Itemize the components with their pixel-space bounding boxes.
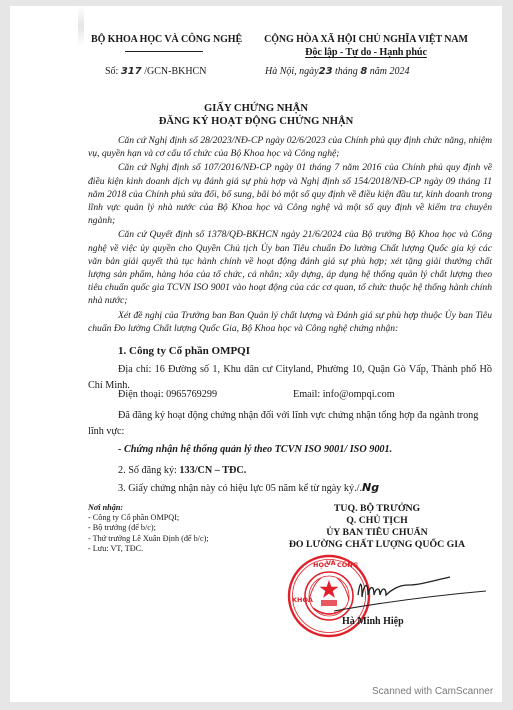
preamble-paragraph: Căn cứ Nghị định số 107/2016/NĐ-CP ngày …	[88, 161, 492, 227]
preamble: Căn cứ Nghị định số 28/2023/NĐ-CP ngày 0…	[88, 134, 492, 336]
validity-text: 3. Giấy chứng nhận này có hiệu lực 05 nă…	[118, 483, 362, 494]
date-prefix: Hà Nội, ngày	[265, 66, 319, 77]
national-motto: Độc lập - Tự do - Hạnh phúc	[246, 47, 486, 58]
paper-crease	[78, 6, 84, 46]
scanner-watermark: Scanned with CamScanner	[372, 686, 493, 697]
company-email: Email: info@ompqi.com	[293, 389, 395, 400]
registration-text: Đã đăng ký hoạt động chứng nhận đối với …	[88, 408, 492, 440]
signer-name: Hà Minh Hiệp	[342, 616, 404, 627]
signature-block: TUQ. BỘ TRƯỞNG Q. CHỦ TỊCH ỦY BAN TIÊU C…	[272, 503, 482, 551]
recipient-item: - Lưu: VT, TĐC.	[88, 544, 288, 554]
signature-title-1: TUQ. BỘ TRƯỞNG	[272, 503, 482, 515]
title-line-2: ĐĂNG KÝ HOẠT ĐỘNG CHỨNG NHẬN	[10, 115, 502, 128]
recipient-item: - Thứ trưởng Lê Xuân Định (để b/c);	[88, 534, 288, 544]
number-prefix: Số:	[105, 66, 121, 77]
recipient-item: - Công ty Cổ phần OMPQI;	[88, 513, 288, 523]
handwritten-signature	[328, 571, 488, 621]
country-name: CỘNG HÒA XÃ HỘI CHỦ NGHĨA VIỆT NAM	[246, 34, 486, 45]
signature-title-2: Q. CHỦ TỊCH	[272, 515, 482, 527]
certification-scope: - Chứng nhận hệ thống quản lý theo TCVN …	[118, 444, 392, 455]
date-day: 23	[319, 66, 333, 77]
company-name: 1. Công ty Cổ phần OMPQI	[118, 345, 250, 357]
recipient-item: - Bộ trưởng (để b/c);	[88, 523, 288, 533]
handwritten-initials: Ng	[362, 481, 379, 494]
preamble-paragraph: Căn cứ Quyết định số 1378/QĐ-BKHCN ngày …	[88, 228, 492, 307]
preamble-paragraph: Căn cứ Nghị định số 28/2023/NĐ-CP ngày 0…	[88, 134, 492, 160]
document-title: GIẤY CHỨNG NHẬN ĐĂNG KÝ HOẠT ĐỘNG CHỨNG …	[10, 102, 502, 128]
recipients-block: Nơi nhận: - Công ty Cổ phần OMPQI; - Bộ …	[88, 503, 288, 554]
ministry-block: BỘ KHOA HỌC VÀ CÔNG NGHỆ	[91, 34, 261, 52]
registration-number: 2. Số đăng ký: 133/CN – TĐC.	[118, 465, 246, 476]
registration-number-value: 133/CN – TĐC.	[179, 465, 246, 476]
company-phone: Điện thoại: 0965769299	[118, 389, 217, 400]
number-suffix: /GCN-BKHCN	[142, 66, 207, 77]
signature-title-3: ỦY BAN TIÊU CHUẨN	[272, 527, 482, 539]
signature-title-4: ĐO LƯỜNG CHẤT LƯỢNG QUỐC GIA	[272, 539, 482, 551]
recipients-label: Nơi nhận:	[88, 503, 288, 513]
document-date: Hà Nội, ngày23 tháng 8 năm 2024	[265, 66, 410, 77]
ministry-underline	[125, 51, 203, 52]
number-handwritten: 317	[121, 66, 142, 77]
registration-number-label: 2. Số đăng ký:	[118, 465, 179, 476]
title-line-1: GIẤY CHỨNG NHẬN	[10, 102, 502, 115]
national-heading: CỘNG HÒA XÃ HỘI CHỦ NGHĨA VIỆT NAM Độc l…	[246, 34, 486, 58]
document-number: Số: 317 /GCN-BKHCN	[105, 66, 206, 77]
document-page: BỘ KHOA HỌC VÀ CÔNG NGHỆ CỘNG HÒA XÃ HỘI…	[10, 6, 502, 702]
date-middle: tháng	[333, 66, 361, 77]
preamble-paragraph: Xét đề nghị của Trưởng ban Ban Quản lý c…	[88, 309, 492, 335]
ministry-name: BỘ KHOA HỌC VÀ CÔNG NGHỆ	[91, 34, 261, 45]
validity-statement: 3. Giấy chứng nhận này có hiệu lực 05 nă…	[118, 481, 379, 494]
date-suffix: năm 2024	[367, 66, 409, 77]
